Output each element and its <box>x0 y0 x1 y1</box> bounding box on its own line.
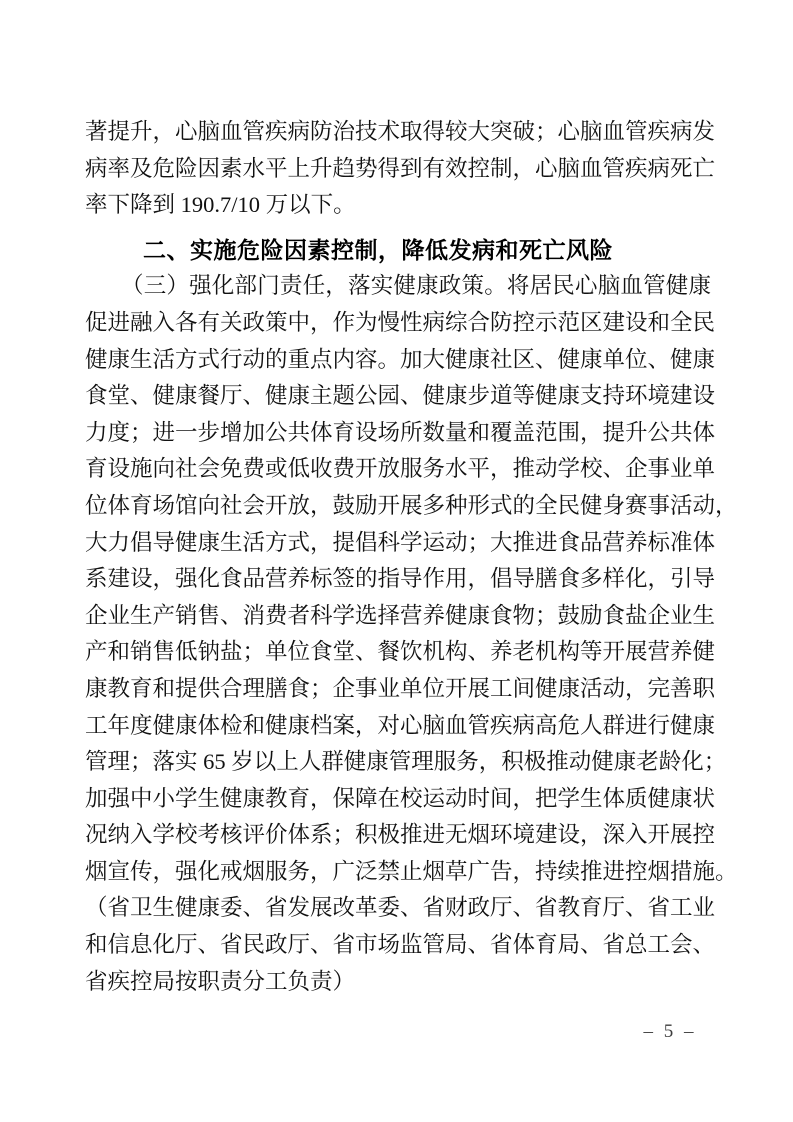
text-line: 位体育场馆向社会开放，鼓励开展多种形式的全民健身赛事活动， <box>85 488 711 525</box>
text-line: 力度；进一步增加公共体育设场所数量和覆盖范围，提升公共体 <box>85 415 711 452</box>
document-body: 著提升，心脑血管疾病防治技术取得较大突破；心脑血管疾病发病率及危险因素水平上升趋… <box>85 114 711 1000</box>
text-line: 系建设，强化食品营养标签的指导作用，倡导膳食多样化，引导 <box>85 561 711 598</box>
paragraph-continuation: 著提升，心脑血管疾病防治技术取得较大突破；心脑血管疾病发病率及危险因素水平上升趋… <box>85 114 711 224</box>
text-line: （三）强化部门责任，落实健康政策。将居民心脑血管健康 <box>85 268 711 305</box>
text-line: 企业生产销售、消费者科学选择营养健康食物；鼓励食盐企业生 <box>85 598 711 635</box>
text-line: 著提升，心脑血管疾病防治技术取得较大突破；心脑血管疾病发 <box>85 114 711 151</box>
text-line: 病率及危险因素水平上升趋势得到有效控制，心脑血管疾病死亡 <box>85 151 711 188</box>
page-number: – 5 – <box>628 1021 712 1043</box>
text-line: 率下降到 190.7/10 万以下。 <box>85 187 711 224</box>
text-line: 产和销售低钠盐；单位食堂、餐饮机构、养老机构等开展营养健 <box>85 634 711 671</box>
text-line: （省卫生健康委、省发展改革委、省财政厅、省教育厅、省工业 <box>85 890 711 927</box>
document-page: 著提升，心脑血管疾病防治技术取得较大突破；心脑血管疾病发病率及危险因素水平上升趋… <box>0 0 793 1122</box>
text-line: 和信息化厅、省民政厅、省市场监管局、省体育局、省总工会、 <box>85 927 711 964</box>
text-line: 管理；落实 65 岁以上人群健康管理服务，积极推动健康老龄化； <box>85 744 711 781</box>
text-line: 省疾控局按职责分工负责） <box>85 964 711 1001</box>
text-line: 促进融入各有关政策中，作为慢性病综合防控示范区建设和全民 <box>85 305 711 342</box>
text-line: 烟宣传，强化戒烟服务，广泛禁止烟草广告，持续推进控烟措施。 <box>85 854 711 891</box>
text-line: 况纳入学校考核评价体系；积极推进无烟环境建设，深入开展控 <box>85 817 711 854</box>
text-line: 加强中小学生健康教育，保障在校运动时间，把学生体质健康状 <box>85 781 711 818</box>
text-line: 康教育和提供合理膳食；企事业单位开展工间健康活动，完善职 <box>85 671 711 708</box>
text-line: 工年度健康体检和健康档案，对心脑血管疾病高危人群进行健康 <box>85 708 711 745</box>
text-line: 大力倡导健康生活方式，提倡科学运动；大推进食品营养标准体 <box>85 525 711 562</box>
paragraph-section-three: （三）强化部门责任，落实健康政策。将居民心脑血管健康促进融入各有关政策中，作为慢… <box>85 268 711 1000</box>
section-heading: 二、实施危险因素控制，降低发病和死亡风险 <box>85 232 711 269</box>
text-line: 育设施向社会免费或低收费开放服务水平，推动学校、企事业单 <box>85 451 711 488</box>
text-line: 食堂、健康餐厅、健康主题公园、健康步道等健康支持环境建设 <box>85 378 711 415</box>
text-line: 健康生活方式行动的重点内容。加大健康社区、健康单位、健康 <box>85 342 711 379</box>
